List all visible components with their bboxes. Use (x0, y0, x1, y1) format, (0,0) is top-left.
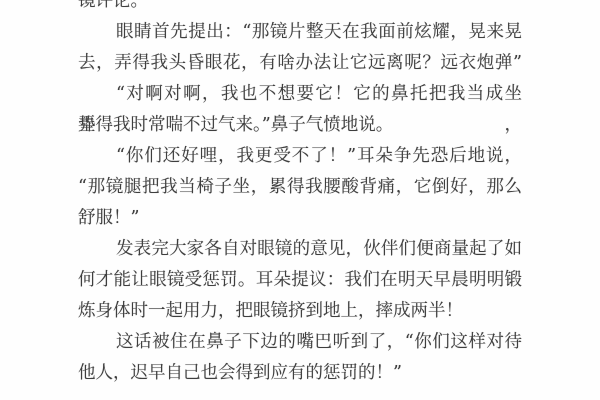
scanned-document-page: 镜评论。 眼睛首先提出：“那镜片整天在我面前炫耀，晃来晃 去，弄得我头昏眼花，有… (0, 0, 600, 400)
story-text-block: 镜评论。 眼睛首先提出：“那镜片整天在我面前炫耀，晃来晃 去，弄得我头昏眼花，有… (78, 0, 522, 389)
text-line: 发表完大家各自对眼镜的意见，伙伴们便商量起了如 (78, 234, 522, 265)
text-line-clipped: 镜评论。 (78, 0, 522, 17)
text-line: “对啊对啊，我也不想要它！它的鼻托把我当成坐垫， (78, 79, 522, 110)
text-line: 舒服！” (78, 203, 522, 234)
text-line: 这话被住在鼻子下边的嘴巴听到了，“你们这样对待 (78, 327, 522, 358)
text-line: 去，弄得我头昏眼花，有啥办法让它远离呢？远衣炮弹” (78, 48, 522, 79)
text-line: “你们还好哩，我更受不了！”耳朵争先恐后地说， (78, 141, 522, 172)
text-line: “那镜腿把我当椅子坐，累得我腰酸背痛，它倒好，那么 (78, 172, 522, 203)
text-line: 何才能让眼镜受惩罚。耳朵提议：我们在明天早晨明明锻 (78, 265, 522, 296)
text-line: 炼身体时一起用力，把眼镜挤到地上，摔成两半！ (78, 296, 522, 327)
text-line: 他人，迟早自己也会得到应有的惩罚的！” (78, 358, 522, 389)
text-line: 眼睛首先提出：“那镜片整天在我面前炫耀，晃来晃 (78, 17, 522, 48)
